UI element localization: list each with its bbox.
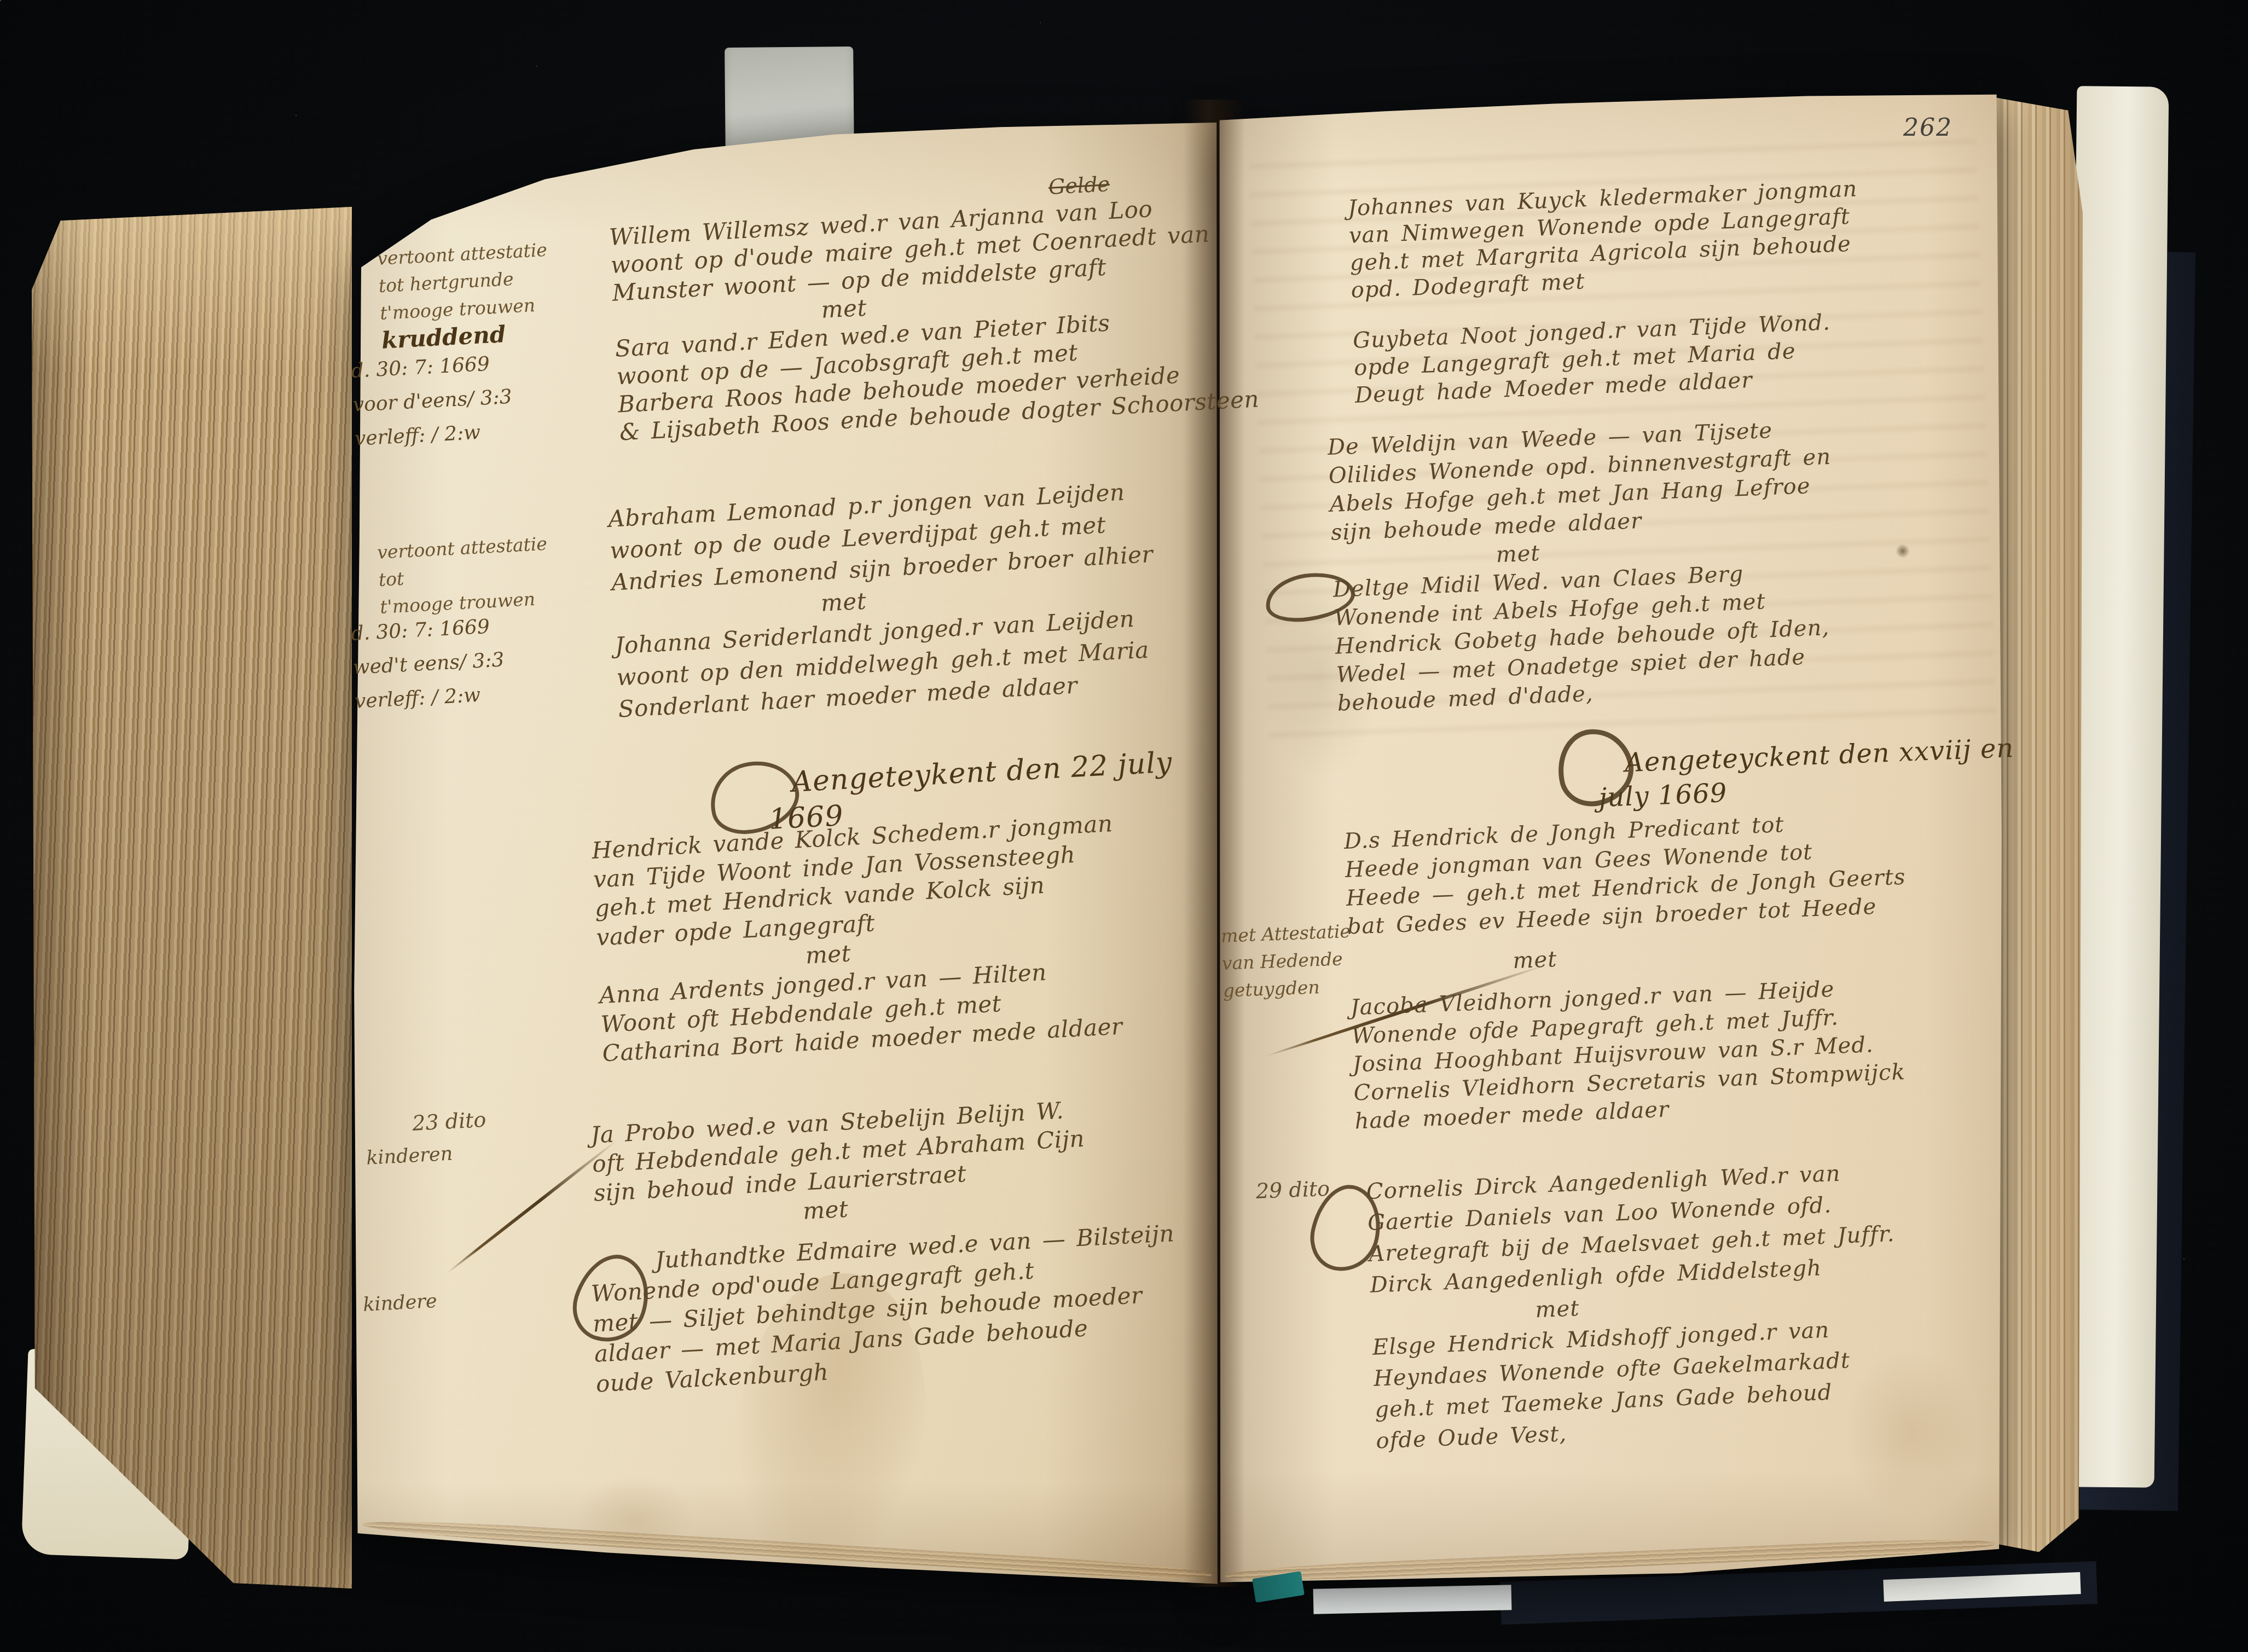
margin-kindere-note: kindere [362,1288,438,1319]
margin-note-line: getuygden [1223,972,1353,1005]
margin-note-line: met Attestatie [1220,918,1351,950]
manuscript-photo-stage: 262 vertoont attestatie tot hertgrunde t… [0,0,2248,1652]
struck-word: Gelde [1048,173,1110,198]
left-margin-note-block-1: vertoont attestatie tot hertgrunde t'moo… [376,236,552,355]
margin-note-line: van Hedende [1221,945,1352,977]
right-entry-3: D.s Hendrick de Jongh Predicant tot Heed… [1343,806,1915,1136]
left-margin-note-block-2: vertoont attestatie tot t'mooge trouwen [376,530,551,621]
right-entry-4: Cornelis Dirck Aangedenligh Wed.r van Ga… [1366,1156,1903,1457]
margin-dito-note: 23 dito [412,1106,486,1137]
margin-kinderen-note: kinderen [366,1140,453,1172]
manuscript-line: met [1348,932,1909,982]
left-entry-2: Abraham Lemonad p.r jongen van Leijden w… [607,475,1161,725]
left-margin-fees-block-2: d. 30: 7: 1669 wed't eens/ 3:3 verleff: … [350,610,507,719]
left-margin-fees-block-1: d. 30: 7: 1669 voor d'eens/ 3:3 verleff:… [350,346,514,456]
right-margin-attestatie: met Attestatie van Hedende getuygden [1220,918,1353,1005]
left-entry-3: Hendrick vande Kolck Schedem.r jongman v… [591,809,1124,1068]
left-entry-5: Juthandtke Edmaire wed.e van — Bilsteijn… [589,1218,1181,1399]
right-entry-2: De Weldijn van Weede — van Tijsete Olili… [1327,414,1840,718]
right-entry-1: Johannes van Kuyck kledermaker jongman v… [1347,175,1865,409]
dust-specks [0,0,1,1]
margin-dito-note: 29 dito [1255,1175,1330,1205]
page-number: 262 [1903,116,1952,140]
left-page-block-fore-edge [32,207,352,1589]
left-entry-1: Willem Willemsz wed.r van Arjanna van Lo… [609,190,1260,447]
